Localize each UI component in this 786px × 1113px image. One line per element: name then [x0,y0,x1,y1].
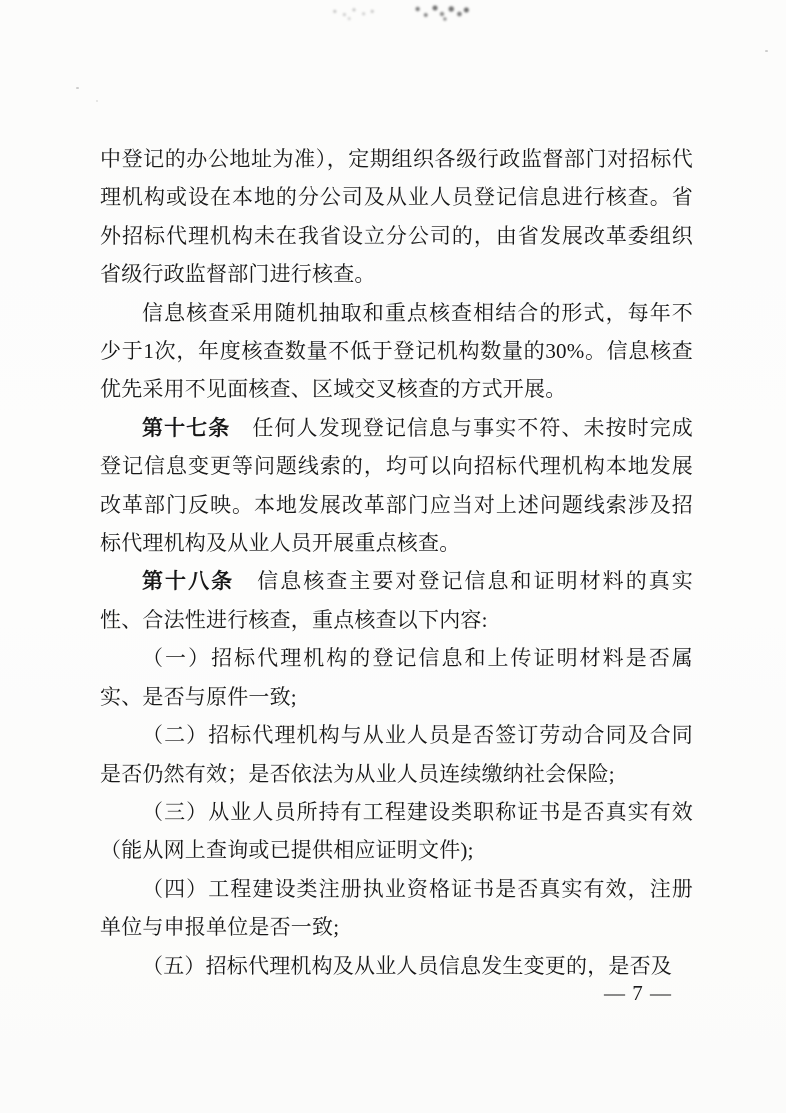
article-number: 第十八条 [142,569,234,593]
paragraph-text: 中登记的办公地址为准），定期组织各级行政监督部门对招标代理机构或设在本地的分公司… [100,147,693,286]
body-paragraph: 第十七条 任何人发现登记信息与事实不符、未按时完成登记信息变更等问题线索的，均可… [100,409,693,563]
body-paragraph: 第十八条 信息核查主要对登记信息和证明材料的真实性、合法性进行核查，重点核查以下… [100,562,693,639]
body-paragraph: （二）招标代理机构与从业人员是否签订劳动合同及合同是否仍然有效；是否依法为从业人… [100,716,693,793]
paragraph-text: （二）招标代理机构与从业人员是否签订劳动合同及合同是否仍然有效；是否依法为从业人… [100,723,693,785]
body-paragraph: （五）招标代理机构及从业人员信息发生变更的，是否及 [100,947,693,985]
article-number: 第十七条 [142,416,230,440]
scan-artifact [413,2,471,22]
scan-speck [96,100,98,102]
paragraph-text: （一）招标代理机构的登记信息和上传证明材料是否属实、是否与原件一致; [100,646,693,708]
scan-artifact [330,5,378,21]
scan-speck [76,87,79,89]
page-number: — 7 — [598,981,678,1006]
paragraph-text: 信息核查采用随机抽取和重点核查相结合的形式，每年不少于1次，年度核查数量不低于登… [100,301,693,402]
paragraph-text: （三）从业人员所持有工程建设类职称证书是否真实有效（能从网上查询或已提供相应证明… [100,800,693,862]
body-paragraph: （一）招标代理机构的登记信息和上传证明材料是否属实、是否与原件一致; [100,639,693,716]
body-paragraph: （三）从业人员所持有工程建设类职称证书是否真实有效（能从网上查询或已提供相应证明… [100,793,693,870]
paragraph-text: （四）工程建设类注册执业资格证书是否真实有效，注册单位与申报单位是否一致; [100,877,693,939]
paragraph-text: （五）招标代理机构及从业人员信息发生变更的，是否及 [142,954,672,978]
body-paragraph: 中登记的办公地址为准），定期组织各级行政监督部门对招标代理机构或设在本地的分公司… [100,140,693,294]
scan-speck [765,50,768,52]
body-paragraph: 信息核查采用随机抽取和重点核查相结合的形式，每年不少于1次，年度核查数量不低于登… [100,294,693,409]
document-body: 中登记的办公地址为准），定期组织各级行政监督部门对招标代理机构或设在本地的分公司… [100,140,693,985]
body-paragraph: （四）工程建设类注册执业资格证书是否真实有效，注册单位与申报单位是否一致; [100,870,693,947]
document-page: 中登记的办公地址为准），定期组织各级行政监督部门对招标代理机构或设在本地的分公司… [0,0,786,1113]
